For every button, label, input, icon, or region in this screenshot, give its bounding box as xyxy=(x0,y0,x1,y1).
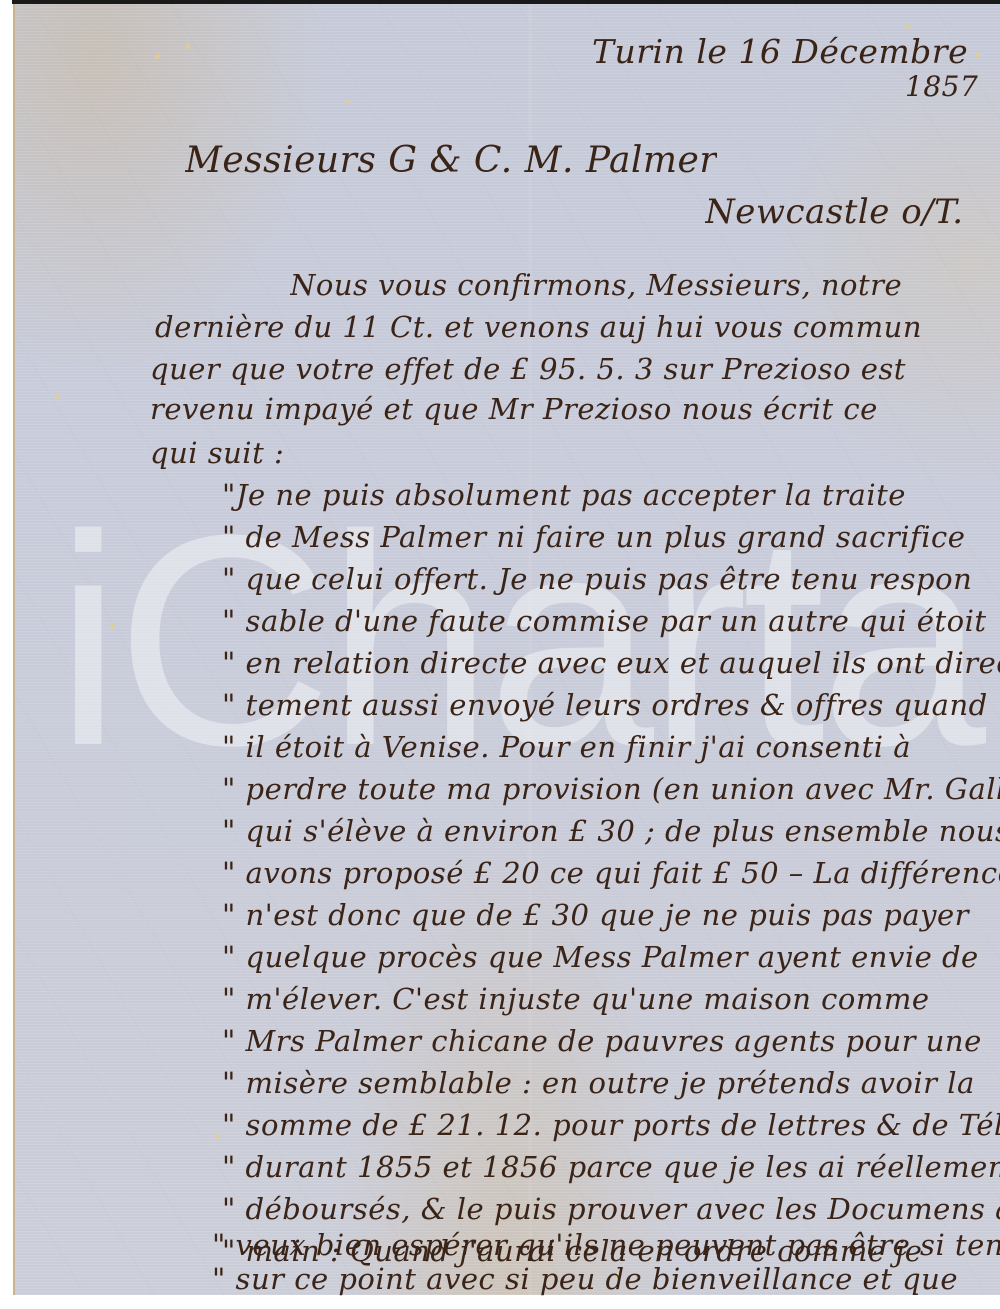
body-line: " qui s'élève à environ £ 30 ; de plus e… xyxy=(222,814,1000,848)
body-line: " somme de £ 21. 12. pour ports de lettr… xyxy=(222,1108,1000,1142)
letter-year: 1857 xyxy=(905,70,978,103)
body-line: "Je ne puis absolument pas accepter la t… xyxy=(222,478,1000,512)
body-line: dernière du 11 Ct. et venons auj hui vou… xyxy=(155,310,1000,344)
body-line: " il étoit à Venise. Pour en finir j'ai … xyxy=(222,730,1000,764)
foxing-spot xyxy=(975,52,980,57)
body-line: " perdre toute ma provision (en union av… xyxy=(222,772,1000,806)
foxing-spot xyxy=(155,54,160,59)
body-line: " déboursés, & le puis prouver avec les … xyxy=(222,1192,1000,1226)
foxing-spot xyxy=(185,44,190,49)
body-line: " que celui offert. Je ne puis pas être … xyxy=(222,562,1000,596)
foxing-spot xyxy=(215,1134,220,1139)
body-line: " Mrs Palmer chicane de pauvres agents p… xyxy=(222,1024,1000,1058)
body-line: " en relation directe avec eux et auquel… xyxy=(222,646,1000,680)
body-line: qui suit : xyxy=(150,436,1000,470)
letter-place-date: Turin le 16 Décembre xyxy=(592,32,968,71)
body-line: " quelque procès que Mess Palmer ayent e… xyxy=(222,940,1000,974)
body-line: " avons proposé £ 20 ce qui fait £ 50 – … xyxy=(222,856,1000,890)
body-line: " tement aussi envoyé leurs ordres & off… xyxy=(222,688,1000,722)
letter-addressee-city: Newcastle o/T. xyxy=(705,192,964,232)
body-line: quer que votre effet de £ 95. 5. 3 sur P… xyxy=(150,352,1000,386)
body-line: Nous vous confirmons, Messieurs, notre xyxy=(290,268,1000,302)
body-line: " de Mess Palmer ni faire un plus grand … xyxy=(222,520,1000,554)
body-line: " sable d'une faute commise par un autre… xyxy=(222,604,1000,638)
foxing-spot xyxy=(55,394,60,399)
body-line: " misère semblable : en outre je prétend… xyxy=(222,1066,1000,1100)
foxing-spot xyxy=(110,624,115,629)
body-line: " m'élever. C'est injuste qu'une maison … xyxy=(222,982,1000,1016)
body-line: " veux bien espérer qu'ils ne peuvent pa… xyxy=(212,1228,1000,1262)
letter-addressee: Messieurs G & C. M. Palmer xyxy=(185,140,717,181)
body-line: " n'est donc que de £ 30 que je ne puis … xyxy=(222,898,1000,932)
body-line: " sur ce point avec si peu de bienveilla… xyxy=(212,1262,1000,1296)
body-line: revenu impayé et que Mr Prezioso nous éc… xyxy=(150,392,1000,426)
foxing-spot xyxy=(345,99,350,104)
foxing-spot xyxy=(905,24,910,29)
body-line: " durant 1855 et 1856 parce que je les a… xyxy=(222,1150,1000,1184)
